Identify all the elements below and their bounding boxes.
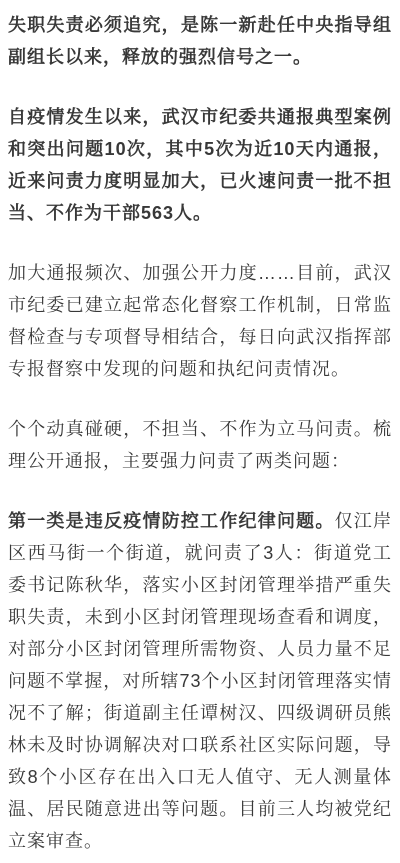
paragraph-first-type-lead: 第一类是违反疫情防控工作纪律问题。: [8, 511, 335, 531]
paragraph-first-type-body: 仅江岸区西马街一个街道，就问责了3人：街道党工委书记陈秋华，落实小区封闭管理举措…: [8, 511, 392, 851]
paragraph-two-types-intro: 个个动真碰硬，不担当、不作为立马问责。梳理公开通报，主要强力问责了两类问题：: [8, 413, 392, 477]
paragraph-statistics: 自疫情发生以来，武汉市纪委共通报典型案例和突出问题10次，其中5次为近10天内通…: [8, 101, 392, 229]
paragraph-mechanism: 加大通报频次、加强公开力度……目前，武汉市纪委已建立起常态化督察工作机制，日常监…: [8, 257, 392, 385]
paragraph-first-type: 第一类是违反疫情防控工作纪律问题。仅江岸区西马街一个街道，就问责了3人：街道党工…: [8, 505, 392, 857]
paragraph-signal: 失职失责必须追究，是陈一新赴任中央指导组副组长以来，释放的强烈信号之一。: [8, 9, 392, 73]
article-body: 失职失责必须追究，是陈一新赴任中央指导组副组长以来，释放的强烈信号之一。 自疫情…: [0, 0, 400, 857]
